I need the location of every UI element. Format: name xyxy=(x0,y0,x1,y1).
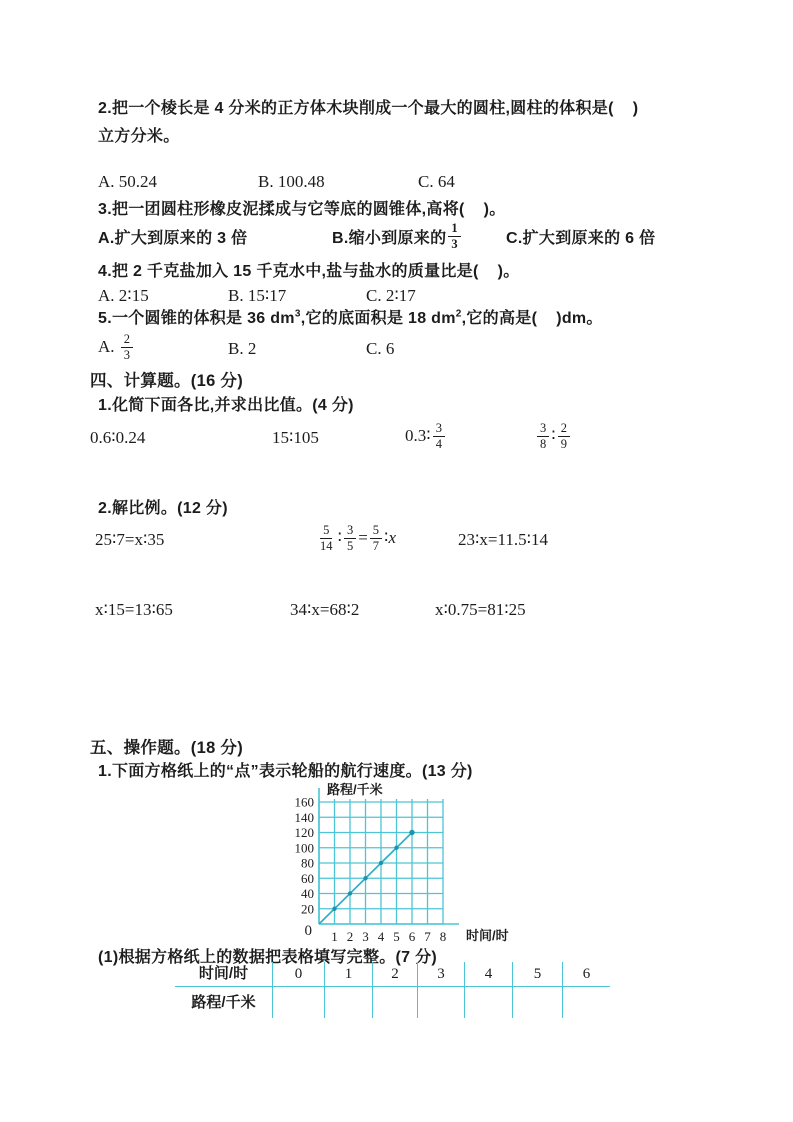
q5-option-c: C. 6 xyxy=(366,339,394,359)
table-header-distance: 路程/千米 xyxy=(175,987,273,1018)
ratio-item-4: 3 8 ∶ 2 9 xyxy=(535,421,572,451)
svg-text:60: 60 xyxy=(301,871,314,886)
question-5-text: 5.一个圆锥的体积是 36 dm3,它的底面积是 18 dm2,它的高是( )d… xyxy=(98,305,603,328)
question-2-line-1: 2.把一个棱长是 4 分米的正方体木块削成一个最大的圆柱,圆柱的体积是( ) xyxy=(98,95,638,118)
q3-option-a: A.扩大到原来的 3 倍 xyxy=(98,221,247,251)
table-cell-time-0: 0 xyxy=(273,962,325,986)
table-cell-distance-2[interactable] xyxy=(373,987,418,1018)
svg-text:120: 120 xyxy=(295,825,315,840)
fraction-two-ninths: 2 9 xyxy=(558,421,570,451)
table-cell-distance-3[interactable] xyxy=(418,987,465,1018)
table-cell-distance-6[interactable] xyxy=(563,987,610,1018)
proportion-6: x∶0.75=81∶25 xyxy=(435,600,526,620)
fraction-three-eighths: 3 8 xyxy=(537,421,549,451)
table-cell-distance-1[interactable] xyxy=(325,987,373,1018)
table-cell-time-3: 3 xyxy=(418,962,465,986)
proportion-2: 5 14 ∶ 3 5 = 5 7 ∶ x xyxy=(315,521,396,555)
fraction-three-fourths: 3 4 xyxy=(433,421,445,451)
table-row-time: 时间/时 0 1 2 3 4 5 6 xyxy=(175,962,610,987)
proportion-1: 25∶7=x∶35 xyxy=(95,530,164,550)
svg-text:3: 3 xyxy=(362,929,369,944)
proportion-5: 34∶x=68∶2 xyxy=(290,600,359,620)
fraction-one-third: 1 3 xyxy=(448,221,461,251)
table-cell-time-1: 1 xyxy=(325,962,373,986)
svg-text:5: 5 xyxy=(393,929,400,944)
variable-x: x xyxy=(388,528,396,548)
proportion-3: 23∶x=11.5∶14 xyxy=(458,530,548,550)
ratio-item-3: 0.3∶ 3 4 xyxy=(405,421,447,451)
table-header-time: 时间/时 xyxy=(175,962,273,986)
table-cell-time-6: 6 xyxy=(563,962,610,986)
q5-option-b: B. 2 xyxy=(228,339,256,359)
q5-option-a: A. 2 3 xyxy=(98,332,135,362)
q4-option-b: B. 15∶17 xyxy=(228,286,286,306)
calc-2-title: 2.解比例。(12 分) xyxy=(98,495,228,518)
svg-text:1: 1 xyxy=(331,929,338,944)
calc-1-title: 1.化简下面各比,并求出比值。(4 分) xyxy=(98,392,354,415)
table-cell-time-4: 4 xyxy=(465,962,513,986)
ratio-item-2: 15∶105 xyxy=(272,428,319,448)
table-cell-time-2: 2 xyxy=(373,962,418,986)
q2-option-c: C. 64 xyxy=(418,172,455,192)
section-4-title: 四、计算题。(16 分) xyxy=(90,367,243,391)
question-2-line-2: 立方分米。 xyxy=(98,123,180,146)
speed-chart-svg: 20406080100120140160012345678路程/千米时间/时 xyxy=(280,778,520,953)
svg-text:80: 80 xyxy=(301,856,314,871)
ratio-colon: ∶ xyxy=(551,426,555,446)
time-distance-table: 时间/时 0 1 2 3 4 5 6 路程/千米 xyxy=(175,962,610,1018)
q2-option-b: B. 100.48 xyxy=(258,172,325,192)
speed-line-chart: 20406080100120140160012345678路程/千米时间/时 xyxy=(280,778,520,953)
table-cell-distance-0[interactable] xyxy=(273,987,325,1018)
question-3-text: 3.把一团圆柱形橡皮泥揉成与它等底的圆锥体,高将( )。 xyxy=(98,196,506,219)
section-5-title: 五、操作题。(18 分) xyxy=(90,734,243,758)
svg-text:160: 160 xyxy=(295,795,315,810)
fraction-two-thirds: 2 3 xyxy=(121,332,133,362)
svg-text:0: 0 xyxy=(305,923,313,939)
svg-text:100: 100 xyxy=(295,840,315,855)
svg-text:时间/时: 时间/时 xyxy=(466,928,509,943)
ratio-item-1: 0.6∶0.24 xyxy=(90,428,145,448)
table-cell-distance-5[interactable] xyxy=(513,987,563,1018)
fraction-3-5: 3 5 xyxy=(344,523,356,553)
equals-sign: = xyxy=(358,528,368,548)
svg-text:2: 2 xyxy=(347,929,354,944)
table-cell-distance-4[interactable] xyxy=(465,987,513,1018)
q3-option-b: B.缩小到原来的 1 3 xyxy=(332,221,463,251)
q2-option-a: A. 50.24 xyxy=(98,172,157,192)
fraction-5-14: 5 14 xyxy=(317,523,336,553)
fraction-5-7: 5 7 xyxy=(370,523,382,553)
question-4-text: 4.把 2 千克盐加入 15 千克水中,盐与盐水的质量比是( )。 xyxy=(98,258,520,281)
ratio-colon: ∶ xyxy=(338,528,342,548)
svg-text:40: 40 xyxy=(301,886,314,901)
table-row-distance: 路程/千米 xyxy=(175,987,610,1018)
svg-text:7: 7 xyxy=(424,929,431,944)
svg-text:4: 4 xyxy=(378,929,385,944)
svg-text:路程/千米: 路程/千米 xyxy=(327,782,383,797)
svg-text:6: 6 xyxy=(409,929,416,944)
svg-text:8: 8 xyxy=(440,929,447,944)
svg-text:20: 20 xyxy=(301,901,314,916)
q4-option-a: A. 2∶15 xyxy=(98,286,149,306)
proportion-4: x∶15=13∶65 xyxy=(95,600,173,620)
q3-option-c: C.扩大到原来的 6 倍 xyxy=(506,221,655,251)
table-cell-time-5: 5 xyxy=(513,962,563,986)
q3-option-b-text: B.缩小到原来的 xyxy=(332,225,446,248)
svg-text:140: 140 xyxy=(295,810,315,825)
worksheet-page: 2.把一个棱长是 4 分米的正方体木块削成一个最大的圆柱,圆柱的体积是( ) 立… xyxy=(0,0,793,1122)
q4-option-c: C. 2∶17 xyxy=(366,286,416,306)
